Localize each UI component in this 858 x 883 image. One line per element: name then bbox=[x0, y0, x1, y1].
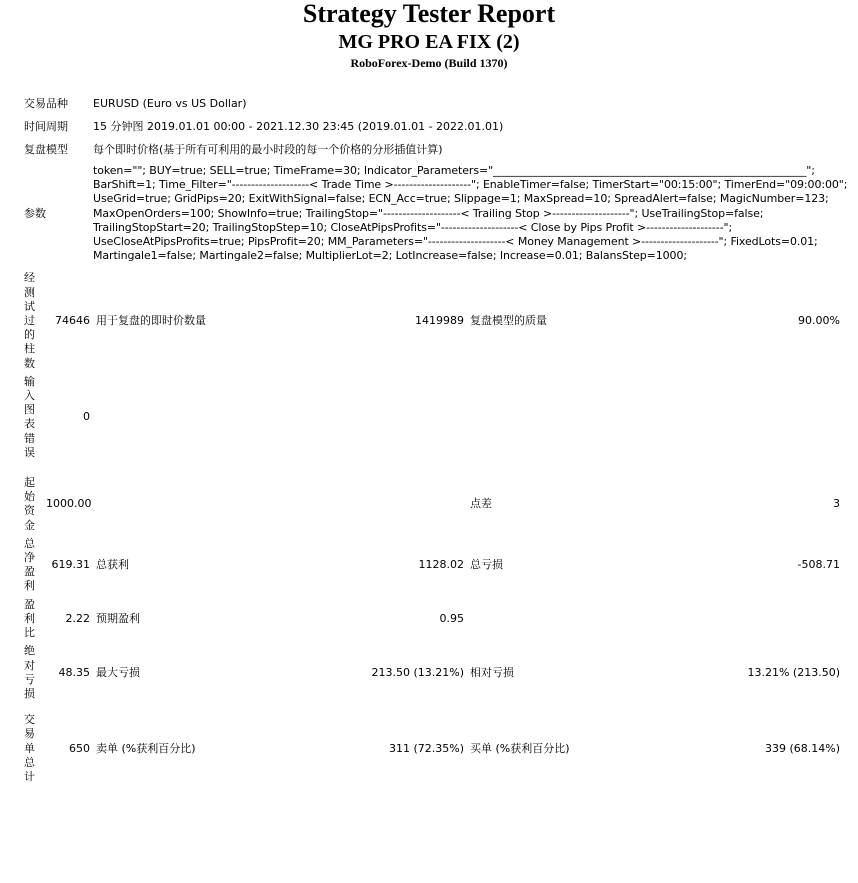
spread-value: 3 bbox=[740, 475, 842, 534]
rel-drawdown-value: 13.21% (213.50) bbox=[740, 643, 842, 702]
report-title: Strategy Tester Report bbox=[0, 0, 858, 28]
model-label: 复盘模型 bbox=[22, 140, 89, 161]
net-profit-row: 总净盈利 619.31 总获利 1128.02 总亏损 -508.71 bbox=[22, 536, 842, 595]
bars-label: 经测试过的柱数 bbox=[22, 270, 42, 371]
rel-drawdown-label: 相对亏损 bbox=[468, 643, 738, 702]
profit-factor-label: 盈利比 bbox=[22, 597, 42, 642]
gross-loss-value: -508.71 bbox=[740, 536, 842, 595]
net-profit-label: 总净盈利 bbox=[22, 536, 42, 595]
stats-table: 经测试过的柱数 74646 用于复盘的即时价数量 1419989 复盘模型的质量… bbox=[20, 268, 844, 787]
bars-row: 经测试过的柱数 74646 用于复盘的即时价数量 1419989 复盘模型的质量… bbox=[22, 270, 842, 371]
report-table: 交易品种 EURUSD (Euro vs US Dollar) 时间周期 15 … bbox=[20, 92, 852, 266]
total-trades-label: 交易单总计 bbox=[22, 712, 42, 785]
trades-row: 交易单总计 650 卖单 (%获利百分比) 311 (72.35%) 买单 (%… bbox=[22, 712, 842, 785]
ticks-label: 用于复盘的即时价数量 bbox=[94, 270, 364, 371]
profit-factor-row: 盈利比 2.22 预期盈利 0.95 bbox=[22, 597, 842, 642]
abs-drawdown-value: 48.35 bbox=[44, 643, 92, 702]
errors-value: 0 bbox=[44, 374, 92, 461]
symbol-row: 交易品种 EURUSD (Euro vs US Dollar) bbox=[22, 94, 850, 115]
deposit-row: 起始资金 1000.00 点差 3 bbox=[22, 475, 842, 534]
profit-factor-value: 2.22 bbox=[44, 597, 92, 642]
gross-loss-label: 总亏损 bbox=[468, 536, 738, 595]
period-row: 时间周期 15 分钟图 2019.01.01 00:00 - 2021.12.3… bbox=[22, 117, 850, 138]
model-row: 复盘模型 每个即时价格(基于所有可利用的最小时段的每一个价格的分形插值计算) bbox=[22, 140, 850, 161]
params-value: token=""; BUY=true; SELL=true; TimeFrame… bbox=[91, 163, 850, 264]
short-value: 311 (72.35%) bbox=[366, 712, 466, 785]
abs-drawdown-label: 绝对亏损 bbox=[22, 643, 42, 702]
deposit-label: 起始资金 bbox=[22, 475, 42, 534]
net-profit-value: 619.31 bbox=[44, 536, 92, 595]
expert-name: MG PRO EA FIX (2) bbox=[0, 30, 858, 54]
total-trades-value: 650 bbox=[44, 712, 92, 785]
gross-profit-label: 总获利 bbox=[94, 536, 364, 595]
params-label: 参数 bbox=[22, 163, 89, 264]
drawdown-row: 绝对亏损 48.35 最大亏损 213.50 (13.21%) 相对亏损 13.… bbox=[22, 643, 842, 702]
deposit-value: 1000.00 bbox=[44, 475, 92, 534]
errors-row: 输入图表错误 0 bbox=[22, 374, 842, 461]
report-header: Strategy Tester Report MG PRO EA FIX (2)… bbox=[0, 0, 858, 71]
expected-payoff-value: 0.95 bbox=[366, 597, 466, 642]
long-value: 339 (68.14%) bbox=[740, 712, 842, 785]
period-label: 时间周期 bbox=[22, 117, 89, 138]
server-info: RoboForex-Demo (Build 1370) bbox=[0, 55, 858, 71]
symbol-label: 交易品种 bbox=[22, 94, 89, 115]
long-label: 买单 (%获利百分比) bbox=[468, 712, 738, 785]
quality-label: 复盘模型的质量 bbox=[468, 270, 738, 371]
spread-label: 点差 bbox=[468, 475, 738, 534]
model-value: 每个即时价格(基于所有可利用的最小时段的每一个价格的分形插值计算) bbox=[91, 140, 850, 161]
params-row: 参数 token=""; BUY=true; SELL=true; TimeFr… bbox=[22, 163, 850, 264]
symbol-value: EURUSD (Euro vs US Dollar) bbox=[91, 94, 850, 115]
max-drawdown-label: 最大亏损 bbox=[94, 643, 364, 702]
expected-payoff-label: 预期盈利 bbox=[94, 597, 364, 642]
gross-profit-value: 1128.02 bbox=[366, 536, 466, 595]
period-value: 15 分钟图 2019.01.01 00:00 - 2021.12.30 23:… bbox=[91, 117, 850, 138]
quality-value: 90.00% bbox=[740, 270, 842, 371]
short-label: 卖单 (%获利百分比) bbox=[94, 712, 364, 785]
max-drawdown-value: 213.50 (13.21%) bbox=[366, 643, 466, 702]
ticks-value: 1419989 bbox=[366, 270, 466, 371]
errors-label: 输入图表错误 bbox=[22, 374, 42, 461]
bars-value: 74646 bbox=[44, 270, 92, 371]
